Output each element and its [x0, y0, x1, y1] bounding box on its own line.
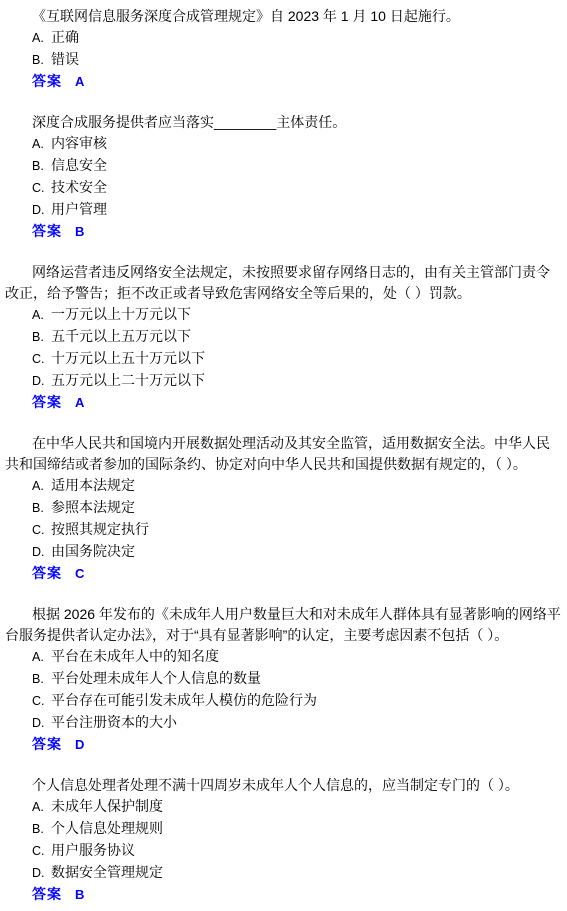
option-label: C. — [32, 520, 48, 541]
answer-label: 答案 — [32, 565, 62, 581]
option-row: C.技术安全 — [5, 177, 561, 199]
question-text: 在中华人民共和国境内开展数据处理活动及其安全监管，适用数据安全法。中华人民共和国… — [5, 433, 561, 475]
option-label: D. — [32, 200, 48, 221]
option-text: 参照本法规定 — [51, 499, 135, 515]
answer-line: 答案B — [5, 884, 561, 905]
answer-line: 答案A — [5, 71, 561, 92]
option-label: A. — [32, 797, 48, 818]
option-text: 用户服务协议 — [51, 842, 135, 858]
answer-line: 答案A — [5, 392, 561, 413]
option-text: 技术安全 — [51, 179, 107, 195]
answer-line: 答案C — [5, 563, 561, 584]
option-row: B.参照本法规定 — [5, 497, 561, 519]
quiz-document: 《互联网信息服务深度合成管理规定》自 2023 年 1 月 10 日起施行。 A… — [0, 0, 567, 911]
option-text: 十万元以上五十万元以下 — [51, 350, 205, 366]
answer-value: C — [75, 566, 84, 581]
option-row: A.适用本法规定 — [5, 475, 561, 497]
option-label: B. — [32, 327, 48, 348]
option-row: D.五万元以上二十万元以下 — [5, 370, 561, 392]
option-row: C.按照其规定执行 — [5, 519, 561, 541]
option-text: 平台存在可能引发未成年人模仿的危险行为 — [51, 692, 317, 708]
option-text: 由国务院决定 — [51, 543, 135, 559]
option-row: A.正确 — [5, 27, 561, 49]
question-block: 根据 2026 年发布的《未成年人用户数量巨大和对未成年人群体具有显著影响的网络… — [5, 604, 561, 755]
option-text: 未成年人保护制度 — [51, 798, 163, 814]
question-text: 《互联网信息服务深度合成管理规定》自 2023 年 1 月 10 日起施行。 — [5, 6, 561, 27]
option-label: D. — [32, 863, 48, 884]
option-text: 用户管理 — [51, 201, 107, 217]
option-text: 内容审核 — [51, 135, 107, 151]
question-block: 网络运营者违反网络安全法规定，未按照要求留存网络日志的，由有关主管部门责令改正，… — [5, 262, 561, 413]
option-label: C. — [32, 349, 48, 370]
option-row: D.用户管理 — [5, 199, 561, 221]
option-text: 数据安全管理规定 — [51, 864, 163, 880]
answer-label: 答案 — [32, 736, 62, 752]
question-block: 《互联网信息服务深度合成管理规定》自 2023 年 1 月 10 日起施行。 A… — [5, 6, 561, 92]
option-label: C. — [32, 691, 48, 712]
option-row: B.信息安全 — [5, 155, 561, 177]
option-text: 错误 — [51, 51, 79, 67]
answer-label: 答案 — [32, 73, 62, 89]
option-row: A.内容审核 — [5, 133, 561, 155]
question-text: 深度合成服务提供者应当落实________主体责任。 — [5, 112, 561, 133]
answer-line: 答案B — [5, 221, 561, 242]
option-row: D.数据安全管理规定 — [5, 862, 561, 884]
option-row: A.未成年人保护制度 — [5, 796, 561, 818]
question-text: 根据 2026 年发布的《未成年人用户数量巨大和对未成年人群体具有显著影响的网络… — [5, 604, 561, 646]
option-label: D. — [32, 713, 48, 734]
option-label: B. — [32, 819, 48, 840]
option-text: 平台在未成年人中的知名度 — [51, 648, 219, 664]
question-text: 网络运营者违反网络安全法规定，未按照要求留存网络日志的，由有关主管部门责令改正，… — [5, 262, 561, 304]
option-label: A. — [32, 305, 48, 326]
question-block: 深度合成服务提供者应当落实________主体责任。 A.内容审核 B.信息安全… — [5, 112, 561, 242]
option-row: C.平台存在可能引发未成年人模仿的危险行为 — [5, 690, 561, 712]
option-row: D.由国务院决定 — [5, 541, 561, 563]
option-label: B. — [32, 498, 48, 519]
option-label: B. — [32, 50, 48, 71]
option-text: 正确 — [51, 29, 79, 45]
option-row: D.平台注册资本的大小 — [5, 712, 561, 734]
option-text: 个人信息处理规则 — [51, 820, 163, 836]
option-label: B. — [32, 669, 48, 690]
question-block: 在中华人民共和国境内开展数据处理活动及其安全监管，适用数据安全法。中华人民共和国… — [5, 433, 561, 584]
option-row: C.用户服务协议 — [5, 840, 561, 862]
option-text: 五万元以上二十万元以下 — [51, 372, 205, 388]
option-text: 信息安全 — [51, 157, 107, 173]
option-text: 按照其规定执行 — [51, 521, 149, 537]
answer-value: B — [75, 224, 84, 239]
answer-label: 答案 — [32, 886, 62, 902]
option-row: B.平台处理未成年人个人信息的数量 — [5, 668, 561, 690]
option-text: 平台注册资本的大小 — [51, 714, 177, 730]
option-text: 适用本法规定 — [51, 477, 135, 493]
option-row: A.一万元以上十万元以下 — [5, 304, 561, 326]
option-label: A. — [32, 647, 48, 668]
option-row: A.平台在未成年人中的知名度 — [5, 646, 561, 668]
answer-line: 答案D — [5, 734, 561, 755]
question-block: 个人信息处理者处理不满十四周岁未成年人个人信息的，应当制定专门的（ ）。 A.未… — [5, 775, 561, 905]
option-label: D. — [32, 371, 48, 392]
option-row: B.个人信息处理规则 — [5, 818, 561, 840]
answer-value: A — [75, 74, 84, 89]
option-text: 平台处理未成年人个人信息的数量 — [51, 670, 261, 686]
answer-value: A — [75, 395, 84, 410]
answer-value: D — [75, 737, 84, 752]
option-row: C.十万元以上五十万元以下 — [5, 348, 561, 370]
answer-value: B — [75, 887, 84, 902]
option-row: B.错误 — [5, 49, 561, 71]
option-text: 五千元以上五万元以下 — [51, 328, 191, 344]
answer-label: 答案 — [32, 223, 62, 239]
option-label: D. — [32, 542, 48, 563]
option-text: 一万元以上十万元以下 — [51, 306, 191, 322]
question-text: 个人信息处理者处理不满十四周岁未成年人个人信息的，应当制定专门的（ ）。 — [5, 775, 561, 796]
option-label: C. — [32, 841, 48, 862]
option-row: B.五千元以上五万元以下 — [5, 326, 561, 348]
option-label: B. — [32, 156, 48, 177]
answer-label: 答案 — [32, 394, 62, 410]
option-label: A. — [32, 134, 48, 155]
option-label: C. — [32, 178, 48, 199]
option-label: A. — [32, 28, 48, 49]
option-label: A. — [32, 476, 48, 497]
